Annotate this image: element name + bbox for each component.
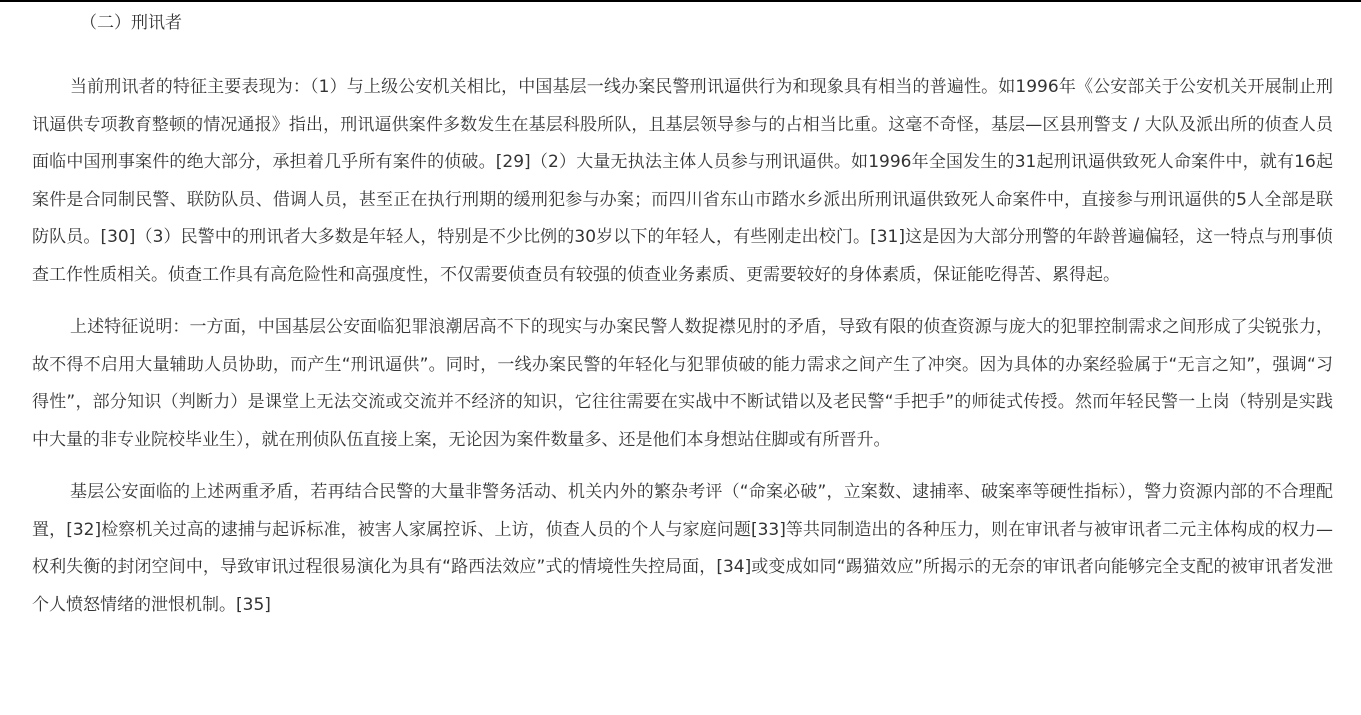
paragraph-explanation: 上述特征说明：一方面，中国基层公安面临犯罪浪潮居高不下的现实与办案民警人数捉襟见… — [32, 309, 1333, 459]
paragraph-contradictions: 基层公安面临的上述两重矛盾，若再结合民警的大量非警务活动、机关内外的繁杂考评（“… — [32, 474, 1333, 624]
section-heading: （二）刑讯者 — [32, 2, 1333, 48]
document-body: （二）刑讯者 当前刑讯者的特征主要表现为：（1）与上级公安机关相比，中国基层一线… — [0, 2, 1361, 624]
paragraph-characteristics: 当前刑讯者的特征主要表现为：（1）与上级公安机关相比，中国基层一线办案民警刑讯逼… — [32, 69, 1333, 294]
